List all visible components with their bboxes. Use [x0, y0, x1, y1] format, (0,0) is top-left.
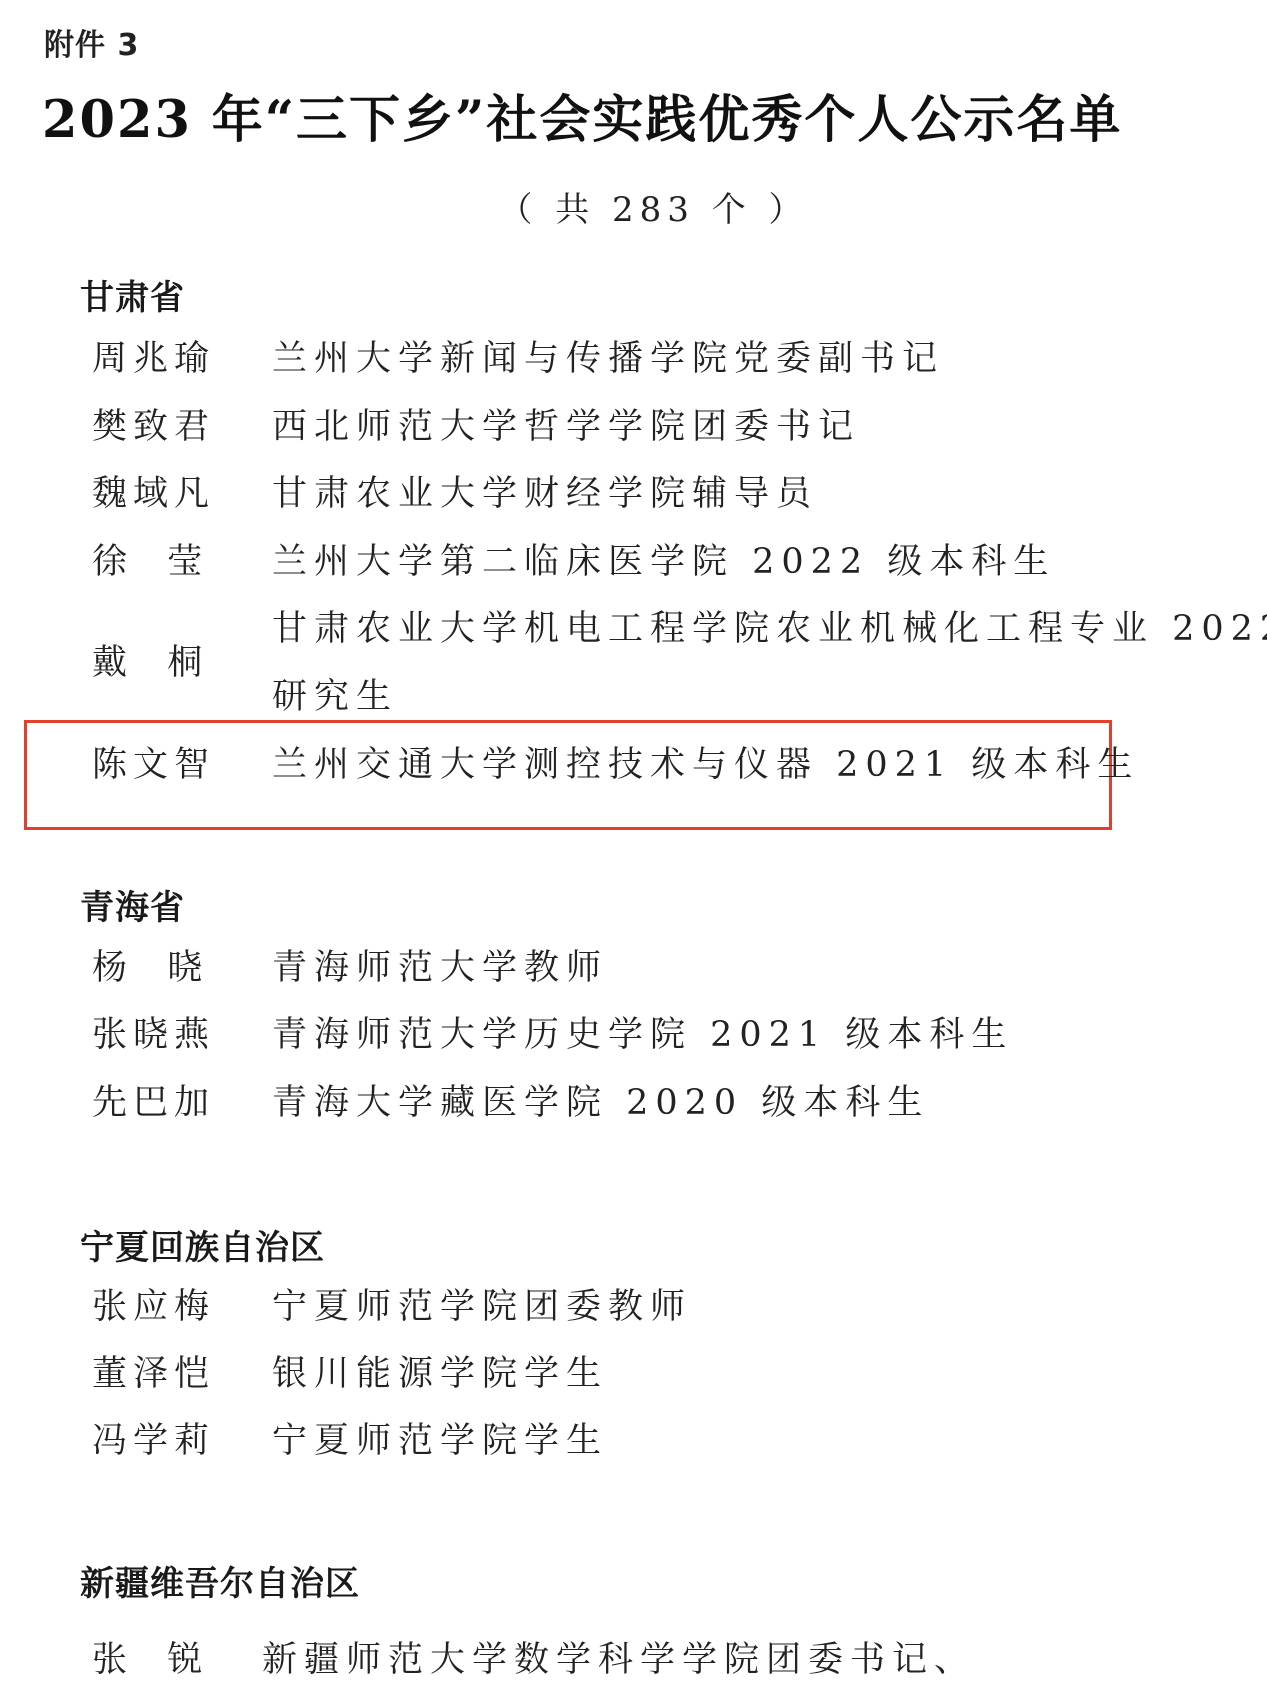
- person-description: 新疆师范大学数学科学学院团委书记、: [262, 1640, 976, 1680]
- section-heading-xinjiang: 新疆维吾尔自治区: [80, 1556, 360, 1605]
- document-title: 2023 年“三下乡”社会实践优秀个人公示名单: [42, 78, 1122, 152]
- person-description: 青海大学藏医学院 2020 级本科生: [272, 1083, 929, 1123]
- list-item: 周兆瑜 兰州大学新闻与传播学院党委副书记: [0, 339, 1267, 379]
- person-name: 周兆瑜: [92, 339, 215, 379]
- person-name: 陈文智: [92, 745, 215, 785]
- person-description: 甘肃农业大学财经学院辅导员: [272, 474, 818, 514]
- person-name: 杨 晓: [92, 948, 208, 988]
- list-item: 戴 桐 甘肃农业大学机电工程学院农业机械化工程专业 2022 级 研究生: [0, 609, 1267, 717]
- section-heading-ningxia: 宁夏回族自治区: [80, 1220, 325, 1269]
- section-heading-gansu: 甘肃省: [80, 270, 185, 319]
- person-description: 青海师范大学教师: [272, 948, 608, 988]
- list-item: 张 锐 新疆师范大学数学科学学院团委书记、: [0, 1640, 1267, 1680]
- person-description: 宁夏师范学院团委教师: [272, 1287, 692, 1327]
- person-name: 魏域凡: [92, 474, 215, 514]
- list-item: 冯学莉 宁夏师范学院学生: [0, 1421, 1267, 1461]
- list-item: 张晓燕 青海师范大学历史学院 2021 级本科生: [0, 1015, 1267, 1055]
- person-name: 戴 桐: [92, 643, 208, 683]
- attachment-label: 附件 3: [44, 20, 139, 64]
- list-item: 张应梅 宁夏师范学院团委教师: [0, 1287, 1267, 1327]
- person-description: 兰州交通大学测控技术与仪器 2021 级本科生: [272, 745, 1139, 785]
- person-description-continued: 研究生: [272, 677, 398, 717]
- person-name: 樊致君: [92, 407, 215, 447]
- person-description: 甘肃农业大学机电工程学院农业机械化工程专业 2022 级: [272, 609, 1267, 649]
- list-item: 樊致君 西北师范大学哲学学院团委书记: [0, 407, 1267, 447]
- person-description: 宁夏师范学院学生: [272, 1421, 608, 1461]
- person-name: 冯学莉: [92, 1421, 215, 1461]
- person-description: 青海师范大学历史学院 2021 级本科生: [272, 1015, 1013, 1055]
- list-item: 杨 晓 青海师范大学教师: [0, 948, 1267, 988]
- person-description: 银川能源学院学生: [272, 1354, 608, 1394]
- person-name: 董泽恺: [92, 1354, 215, 1394]
- section-heading-qinghai: 青海省: [80, 880, 185, 929]
- person-description: 兰州大学新闻与传播学院党委副书记: [272, 339, 944, 379]
- list-item: 徐 莹 兰州大学第二临床医学院 2022 级本科生: [0, 542, 1267, 582]
- person-name: 张晓燕: [92, 1015, 215, 1055]
- list-item: 魏域凡 甘肃农业大学财经学院辅导员: [0, 474, 1267, 514]
- list-item: 董泽恺 银川能源学院学生: [0, 1354, 1267, 1394]
- person-name: 张 锐: [92, 1640, 208, 1680]
- person-description: 兰州大学第二临床医学院 2022 级本科生: [272, 542, 1055, 582]
- person-name: 张应梅: [92, 1287, 215, 1327]
- person-name: 徐 莹: [92, 542, 208, 582]
- document-subtitle-count: （ 共 283 个 ）: [0, 182, 1267, 231]
- person-description: 西北师范大学哲学学院团委书记: [272, 407, 860, 447]
- list-item: 先巴加 青海大学藏医学院 2020 级本科生: [0, 1083, 1267, 1123]
- list-item-highlighted: 陈文智 兰州交通大学测控技术与仪器 2021 级本科生: [0, 745, 1267, 785]
- person-name: 先巴加: [92, 1083, 215, 1123]
